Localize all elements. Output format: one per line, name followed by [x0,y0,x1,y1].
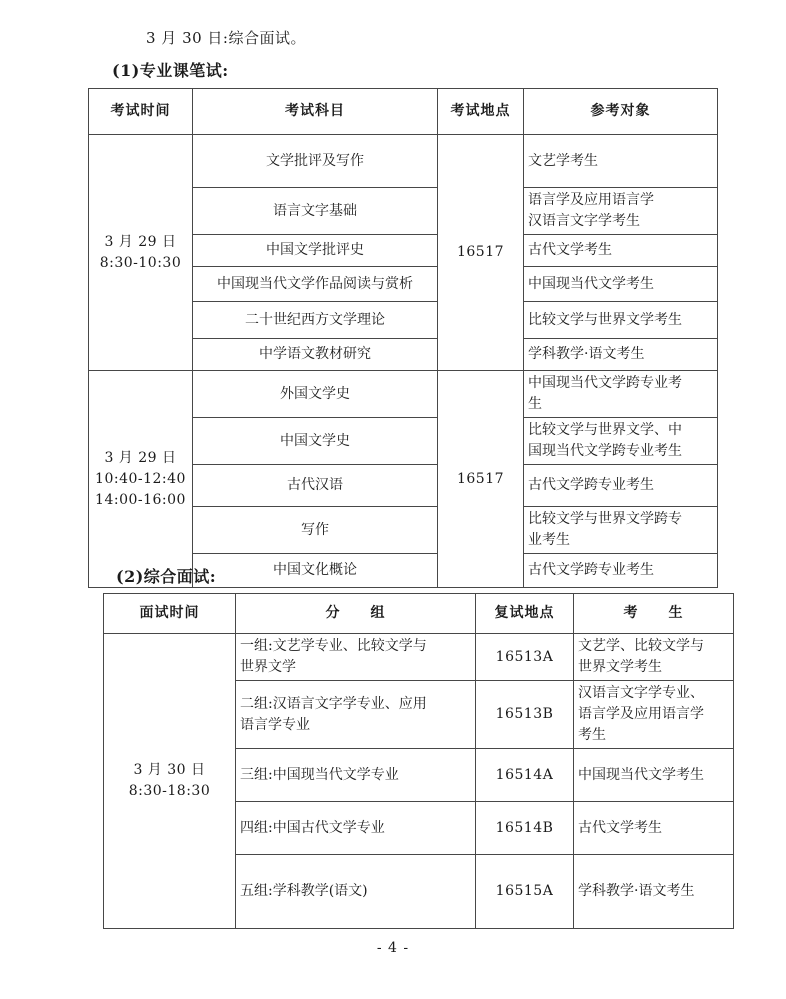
exam-time-cell: 3 月 29 日 10:40-12:40 14:00-16:00 [89,371,193,588]
interview-table: 面试时间 分 组 复试地点 考 生 3 月 30 日 8:30-18:30 一组… [103,593,734,929]
audience-cell: 中国现当代文学跨专业考 生 [524,371,718,418]
candidates-cell: 文艺学、比较文学与 世界文学考生 [574,634,734,681]
audience-cell: 文艺学考生 [524,135,718,188]
header-exam-location: 考试地点 [438,89,524,135]
audience-cell: 比较文学与世界文学跨专 业考生 [524,507,718,554]
header-interview-time: 面试时间 [104,594,236,634]
header-candidates: 考 生 [574,594,734,634]
subject-cell: 二十世纪西方文学理论 [193,302,438,339]
subject-cell: 中国现当代文学作品阅读与赏析 [193,267,438,302]
header-exam-audience: 参考对象 [524,89,718,135]
subject-cell: 中国文学批评史 [193,235,438,267]
audience-cell: 比较文学与世界文学、中 国现当代文学跨专业考生 [524,418,718,465]
exam-location-cell: 16517 [438,135,524,371]
header-group: 分 组 [236,594,476,634]
table-row: 3 月 29 日 10:40-12:40 14:00-16:00 外国文学史 1… [89,371,718,418]
audience-cell: 古代文学跨专业考生 [524,465,718,507]
subject-cell: 文学批评及写作 [193,135,438,188]
table-header-row: 面试时间 分 组 复试地点 考 生 [104,594,734,634]
candidates-cell: 汉语言文字学专业、 语言学及应用语言学 考生 [574,681,734,749]
group-cell: 五组:学科教学(语文) [236,855,476,929]
group-cell: 二组:汉语言文字学专业、应用 语言学专业 [236,681,476,749]
exam-time-cell: 3 月 29 日 8:30-10:30 [89,135,193,371]
subject-cell: 中国文化概论 [193,554,438,588]
group-cell: 四组:中国古代文学专业 [236,802,476,855]
audience-cell: 古代文学跨专业考生 [524,554,718,588]
retest-location-cell: 16514A [476,749,574,802]
subject-cell: 古代汉语 [193,465,438,507]
retest-location-cell: 16513A [476,634,574,681]
audience-cell: 语言学及应用语言学 汉语言文字学考生 [524,188,718,235]
written-exam-table: 考试时间 考试科目 考试地点 参考对象 3 月 29 日 8:30-10:30 … [88,88,718,588]
retest-location-cell: 16514B [476,802,574,855]
retest-location-cell: 16515A [476,855,574,929]
section2-heading: (2)综合面试: [116,564,216,587]
intro-line: 3 月 30 日:综合面试。 [146,27,306,48]
interview-time-cell: 3 月 30 日 8:30-18:30 [104,634,236,929]
header-retest-location: 复试地点 [476,594,574,634]
candidates-cell: 学科教学·语文考生 [574,855,734,929]
subject-cell: 写作 [193,507,438,554]
candidates-cell: 中国现当代文学考生 [574,749,734,802]
audience-cell: 古代文学考生 [524,235,718,267]
header-exam-time: 考试时间 [89,89,193,135]
subject-cell: 中学语文教材研究 [193,339,438,371]
table-row: 3 月 29 日 8:30-10:30 文学批评及写作 16517 文艺学考生 [89,135,718,188]
retest-location-cell: 16513B [476,681,574,749]
page-number: - 4 - [0,940,786,956]
subject-cell: 语言文字基础 [193,188,438,235]
group-cell: 一组:文艺学专业、比较文学与 世界文学 [236,634,476,681]
subject-cell: 中国文学史 [193,418,438,465]
table-header-row: 考试时间 考试科目 考试地点 参考对象 [89,89,718,135]
subject-cell: 外国文学史 [193,371,438,418]
exam-location-cell: 16517 [438,371,524,588]
candidates-cell: 古代文学考生 [574,802,734,855]
group-cell: 三组:中国现当代文学专业 [236,749,476,802]
audience-cell: 比较文学与世界文学考生 [524,302,718,339]
header-exam-subject: 考试科目 [193,89,438,135]
audience-cell: 学科教学·语文考生 [524,339,718,371]
audience-cell: 中国现当代文学考生 [524,267,718,302]
table-row: 3 月 30 日 8:30-18:30 一组:文艺学专业、比较文学与 世界文学 … [104,634,734,681]
section1-heading: (1)专业课笔试: [112,58,229,81]
